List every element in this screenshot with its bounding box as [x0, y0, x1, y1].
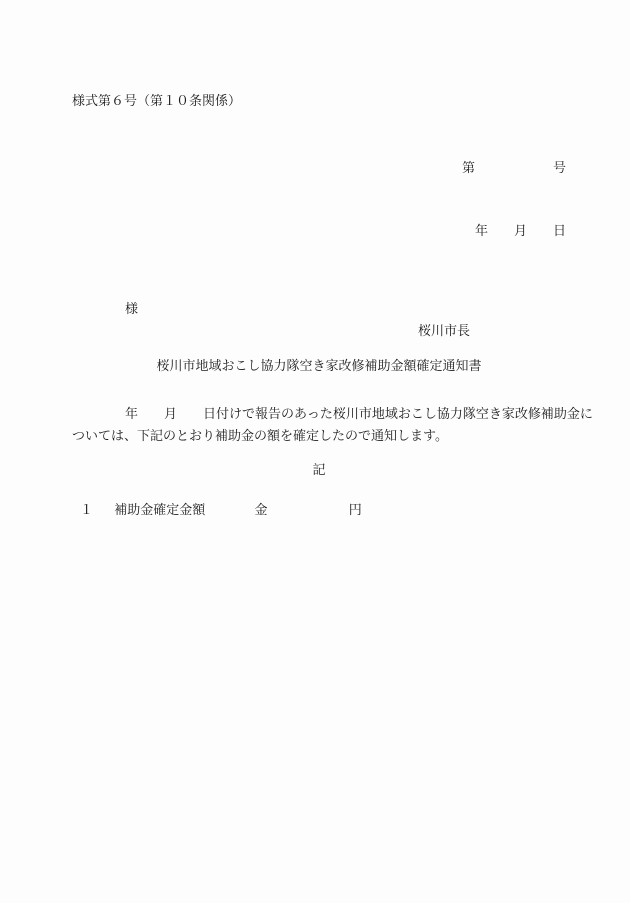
- date-line: 年 月 日: [72, 220, 566, 241]
- item-line-1: １ 補助金確定金額 金 円: [72, 502, 566, 518]
- doc-number-date-block: 第 号 年 月 日: [72, 115, 566, 283]
- body-text-line1: 年 月 日付けで報告のあった桜川市地域おこし協力隊空き家改修補助金に: [72, 403, 566, 425]
- section-marker-ki: 記: [72, 462, 566, 478]
- item-number: １: [80, 502, 93, 518]
- body-text-line2: ついては、下記のとおり補助金の額を確定したので通知します。: [72, 425, 566, 447]
- body-paragraph: 年 月 日付けで報告のあった桜川市地域おこし協力隊空き家改修補助金に ついては、…: [72, 403, 566, 447]
- amount-prefix-kin: 金: [255, 502, 268, 518]
- document-page: 様式第６号（第１０条関係） 第 号 年 月 日 様 桜川市長 桜川市地域おこし協…: [0, 0, 630, 903]
- recipient-line: 様: [72, 301, 566, 317]
- amount-suffix-yen: 円: [349, 502, 362, 518]
- sender-name: 桜川市長: [72, 323, 566, 339]
- doc-number-line: 第 号: [72, 157, 566, 178]
- item-label: 補助金確定金額: [114, 502, 205, 518]
- document-title: 桜川市地域おこし協力隊空き家改修補助金額確定通知書: [72, 358, 566, 374]
- form-number-label: 様式第６号（第１０条関係）: [72, 93, 566, 109]
